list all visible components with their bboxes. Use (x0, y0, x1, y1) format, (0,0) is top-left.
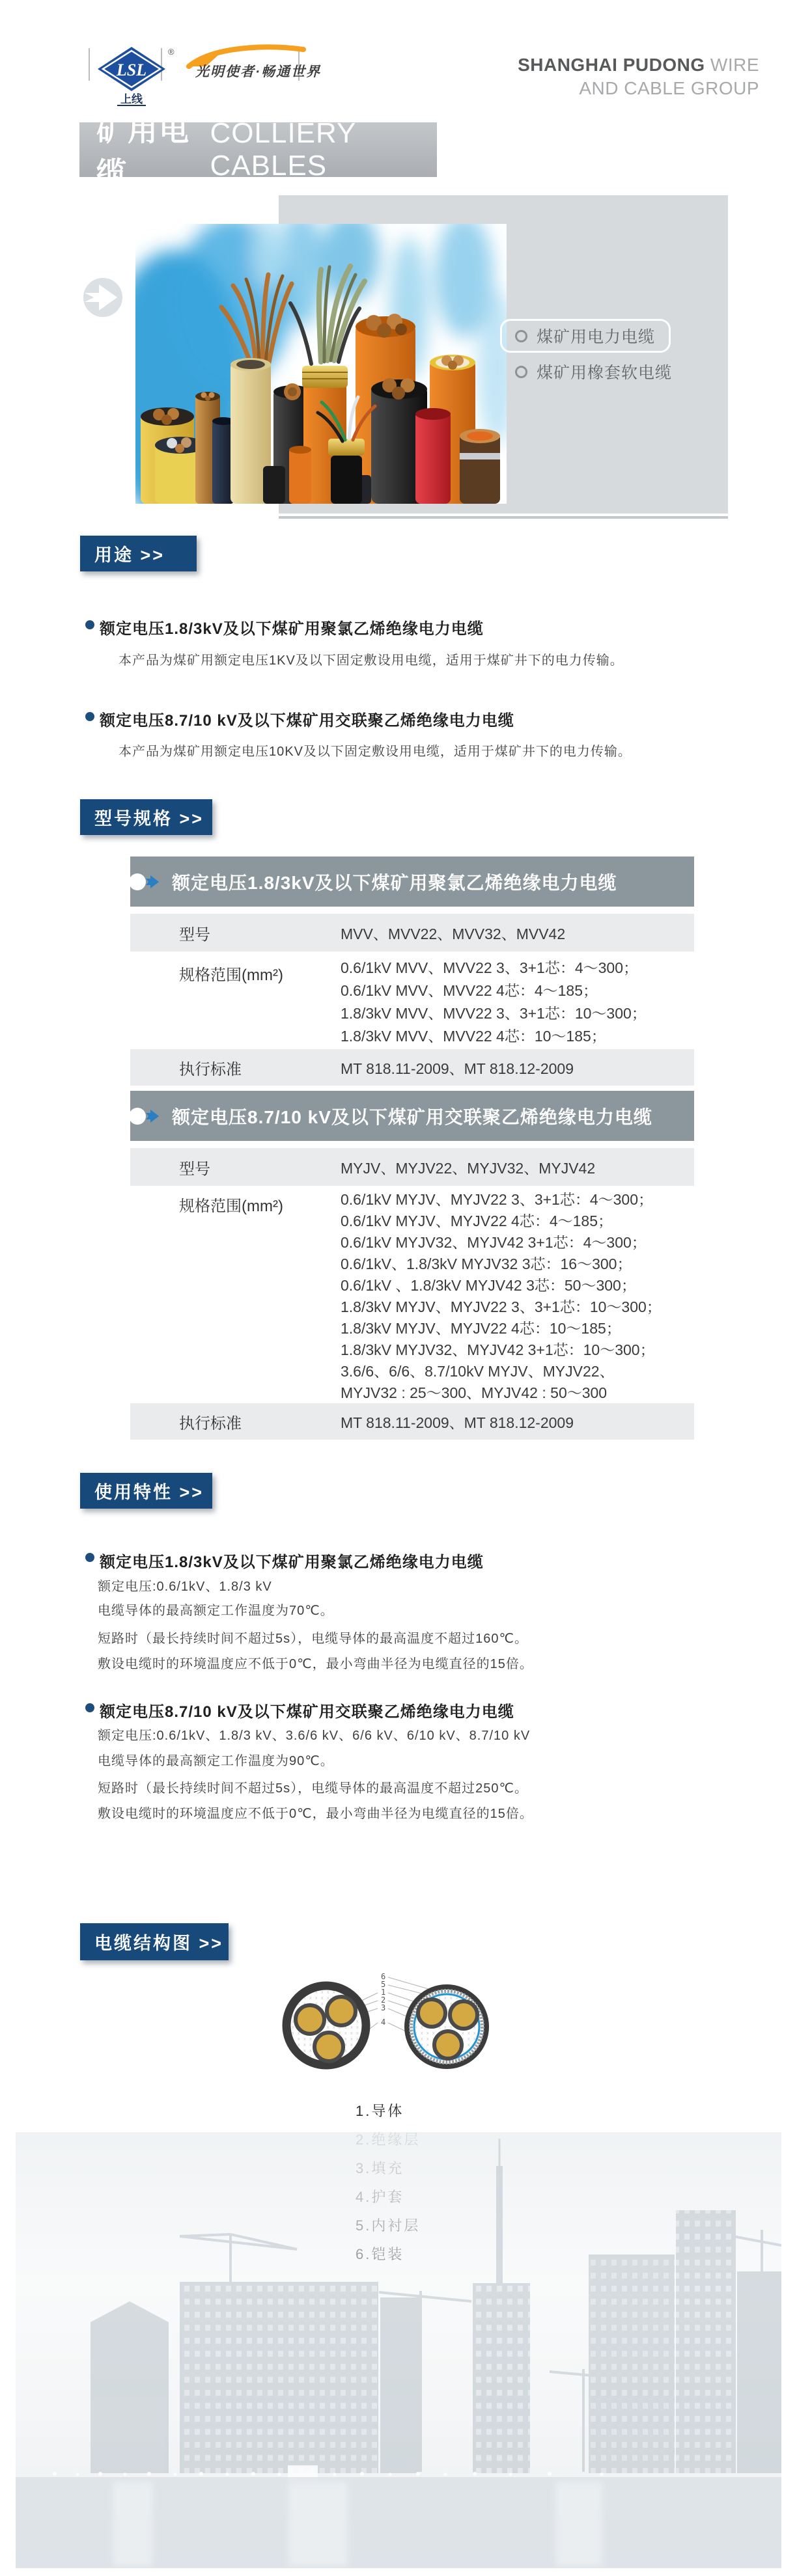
spec-table2-header: 额定电压8.7/10 kV及以下煤矿用交联聚乙烯绝缘电力电缆 (130, 1091, 694, 1141)
feature-line: 电缆导体的最高额定工作温度为70℃。 (98, 1600, 334, 1619)
table-row-range: 规格范围(mm²) 0.6/1kV MYJV、MYJV22 3、3+1芯：4～3… (130, 1186, 694, 1403)
feature-line: 额定电压:0.6/1kV、1.8/3 kV (98, 1576, 272, 1595)
row-value: MYJV、MYJV22、MYJV32、MYJV42 (341, 1157, 595, 1178)
spec-table1-title: 额定电压1.8/3kV及以下煤矿用聚氯乙烯绝缘电力电缆 (172, 869, 617, 895)
feature-line: 短路时（最长持续时间不超过5s），电缆导体的最高温度不超过250℃。 (98, 1777, 528, 1796)
bullet-dot-icon (85, 712, 94, 721)
logo-text: LSL (116, 61, 147, 79)
header-divider (89, 48, 90, 81)
page-title-banner: 矿用电缆 COLLIERY CABLES (79, 122, 437, 177)
row-value: 0.6/1kV MVV、MVV22 3、3+1芯：4～300； 0.6/1kV … (341, 957, 647, 1049)
table-row-range: 规格范围(mm²) 0.6/1kV MVV、MVV22 3、3+1芯：4～300… (130, 952, 694, 1049)
bullet-dot-icon (85, 1553, 94, 1562)
menu-bullet-icon (515, 330, 527, 342)
spec-table2-title: 额定电压8.7/10 kV及以下煤矿用交联聚乙烯绝缘电力电缆 (172, 1103, 652, 1129)
range-line: 1.8/3kV MVV、MVV22 4芯：10～185； (341, 1025, 647, 1048)
menu-bullet-icon (515, 366, 527, 378)
table-row-standard: 执行标准 MT 818.11-2009、MT 818.12-2009 (130, 1403, 694, 1440)
usage-item-desc: 本产品为煤矿用额定电压10KV及以下固定敷设用电缆，适用于煤矿井下的电力传输。 (119, 741, 632, 760)
row-value: MT 818.11-2009、MT 818.12-2009 (341, 1411, 574, 1432)
feature-line: 电缆导体的最高额定工作温度为90℃。 (98, 1750, 334, 1769)
menu-item-label: 煤矿用电力电缆 (537, 324, 655, 348)
page-title-en: COLLIERY CABLES (210, 117, 438, 182)
feature-line: 敷设电缆时的环境温度应不低于0℃，最小弯曲半径为电缆直径的15倍。 (98, 1803, 533, 1822)
section-label-structure: 电缆结构图 >> (80, 1923, 229, 1960)
range-line: 0.6/1kV MVV、MVV22 4芯：4～185； (341, 980, 647, 1002)
logo-subtext: 上线 (120, 92, 143, 105)
range-line: 0.6/1kV 、1.8/3kV MYJV42 3芯：50～300； (341, 1275, 662, 1296)
usage-item-desc: 本产品为煤矿用额定电压1KV及以下固定敷设用电缆，适用于煤矿井下的电力传输。 (119, 650, 624, 668)
bullet-dot-icon (85, 1703, 94, 1712)
range-line: 0.6/1kV MYJV、MYJV22 3、3+1芯：4～300； (341, 1189, 662, 1211)
company-name-line1: SHANGHAI PUDONG WIRE (518, 53, 759, 77)
company-name: SHANGHAI PUDONG WIRE AND CABLE GROUP (518, 53, 759, 100)
range-line: 0.6/1kV MVV、MVV22 3、3+1芯：4～300； (341, 957, 647, 980)
row-label: 型号 (130, 922, 341, 944)
logo-registered-mark: ® (168, 47, 175, 57)
construction-watermark-image (16, 2127, 781, 2568)
range-line: 0.6/1kV MYJV32、MYJV42 3+1芯：4～300； (341, 1232, 662, 1254)
section-label-spec: 型号规格 >> (80, 799, 212, 835)
spec-table1-header: 额定电压1.8/3kV及以下煤矿用聚氯乙烯绝缘电力电缆 (130, 856, 694, 907)
feature-item-title: 额定电压1.8/3kV及以下煤矿用聚氯乙烯绝缘电力电缆 (100, 1549, 484, 1572)
menu-item-coal-rubber-cable[interactable]: 煤矿用橡套软电缆 (502, 357, 682, 387)
company-name-bold: SHANGHAI PUDONG (518, 55, 705, 75)
circle-arrow-icon (129, 1106, 163, 1126)
feature-line: 短路时（最长持续时间不超过5s），电缆导体的最高温度不超过160℃。 (98, 1628, 528, 1647)
range-line: 0.6/1kV、1.8/3kV MYJV32 3芯：16～300； (341, 1254, 662, 1275)
range-line: 1.8/3kV MYJV、MYJV22 4芯：10～185； (341, 1318, 662, 1339)
spec-tables: 额定电压1.8/3kV及以下煤矿用聚氯乙烯绝缘电力电缆 型号 MVV、MVV22… (130, 856, 694, 1440)
company-name-light: WIRE (705, 55, 759, 75)
section-label-usage: 用途 >> (80, 536, 197, 571)
circle-arrow-icon (129, 872, 163, 892)
range-line: 1.8/3kV MYJV32、MYJV42 3+1芯：10～300； (341, 1339, 662, 1361)
hero-underline (279, 516, 728, 519)
row-label: 执行标准 (130, 1056, 341, 1079)
section-label-features: 使用特性 >> (80, 1473, 212, 1509)
bullet-dot-icon (85, 620, 94, 629)
range-line: 1.8/3kV MYJV、MYJV22 3、3+1芯：10～300； (341, 1296, 662, 1318)
row-label: 型号 (130, 1156, 341, 1179)
row-label: 规格范围(mm²) (130, 1189, 341, 1403)
range-line: 1.8/3kV MVV、MVV22 3、3+1芯：10～300； (341, 1002, 647, 1025)
menu-item-label: 煤矿用橡套软电缆 (537, 360, 672, 383)
legend-item: 1.导体 (356, 2097, 404, 2126)
product-photo-cables (135, 224, 507, 504)
feature-item-title: 额定电压8.7/10 kV及以下煤矿用交联聚乙烯绝缘电力电缆 (100, 1699, 514, 1721)
usage-item-title: 额定电压8.7/10 kV及以下煤矿用交联聚乙烯绝缘电力电缆 (100, 707, 514, 730)
diagram-callout: 4 (381, 2018, 385, 2027)
company-name-line2: AND CABLE GROUP (518, 77, 759, 100)
row-label: 执行标准 (130, 1410, 341, 1433)
arrow-badge-icon (83, 278, 122, 317)
diagram-callout: 3 (381, 2003, 385, 2012)
lsl-diamond-icon: LSL ® 上线 (98, 44, 176, 107)
company-logo: LSL ® 上线 (98, 44, 176, 107)
row-label: 规格范围(mm²) (130, 957, 341, 1049)
menu-item-coal-power-cable[interactable]: 煤矿用电力电缆 (500, 319, 671, 353)
company-tagline: 光明使者·畅通世界 (195, 61, 321, 81)
row-value: MT 818.11-2009、MT 818.12-2009 (341, 1057, 574, 1078)
row-value: 0.6/1kV MYJV、MYJV22 3、3+1芯：4～300； 0.6/1k… (341, 1189, 662, 1403)
table-row-model: 型号 MVV、MVV22、MVV32、MVV42 (130, 914, 694, 952)
range-line: MYJV32 : 25～300、MYJV42 : 50～300 (341, 1382, 662, 1404)
usage-item-title: 额定电压1.8/3kV及以下煤矿用聚氯乙烯绝缘电力电缆 (100, 616, 484, 638)
page-title-cn: 矿用电缆 (96, 107, 201, 193)
table-row-model: 型号 MYJV、MYJV22、MYJV32、MYJV42 (130, 1148, 694, 1186)
feature-line: 额定电压:0.6/1kV、1.8/3 kV、3.6/6 kV、6/6 kV、6/… (98, 1725, 530, 1744)
feature-line: 敷设电缆时的环境温度应不低于0℃，最小弯曲半径为电缆直径的15倍。 (98, 1653, 533, 1672)
range-line: 0.6/1kV MYJV、MYJV22 4芯：4～185； (341, 1211, 662, 1232)
range-line: 3.6/6、6/6、8.7/10kV MYJV、MYJV22、 (341, 1361, 662, 1382)
table-row-standard: 执行标准 MT 818.11-2009、MT 818.12-2009 (130, 1049, 694, 1086)
row-value: MVV、MVV22、MVV32、MVV42 (341, 922, 565, 944)
